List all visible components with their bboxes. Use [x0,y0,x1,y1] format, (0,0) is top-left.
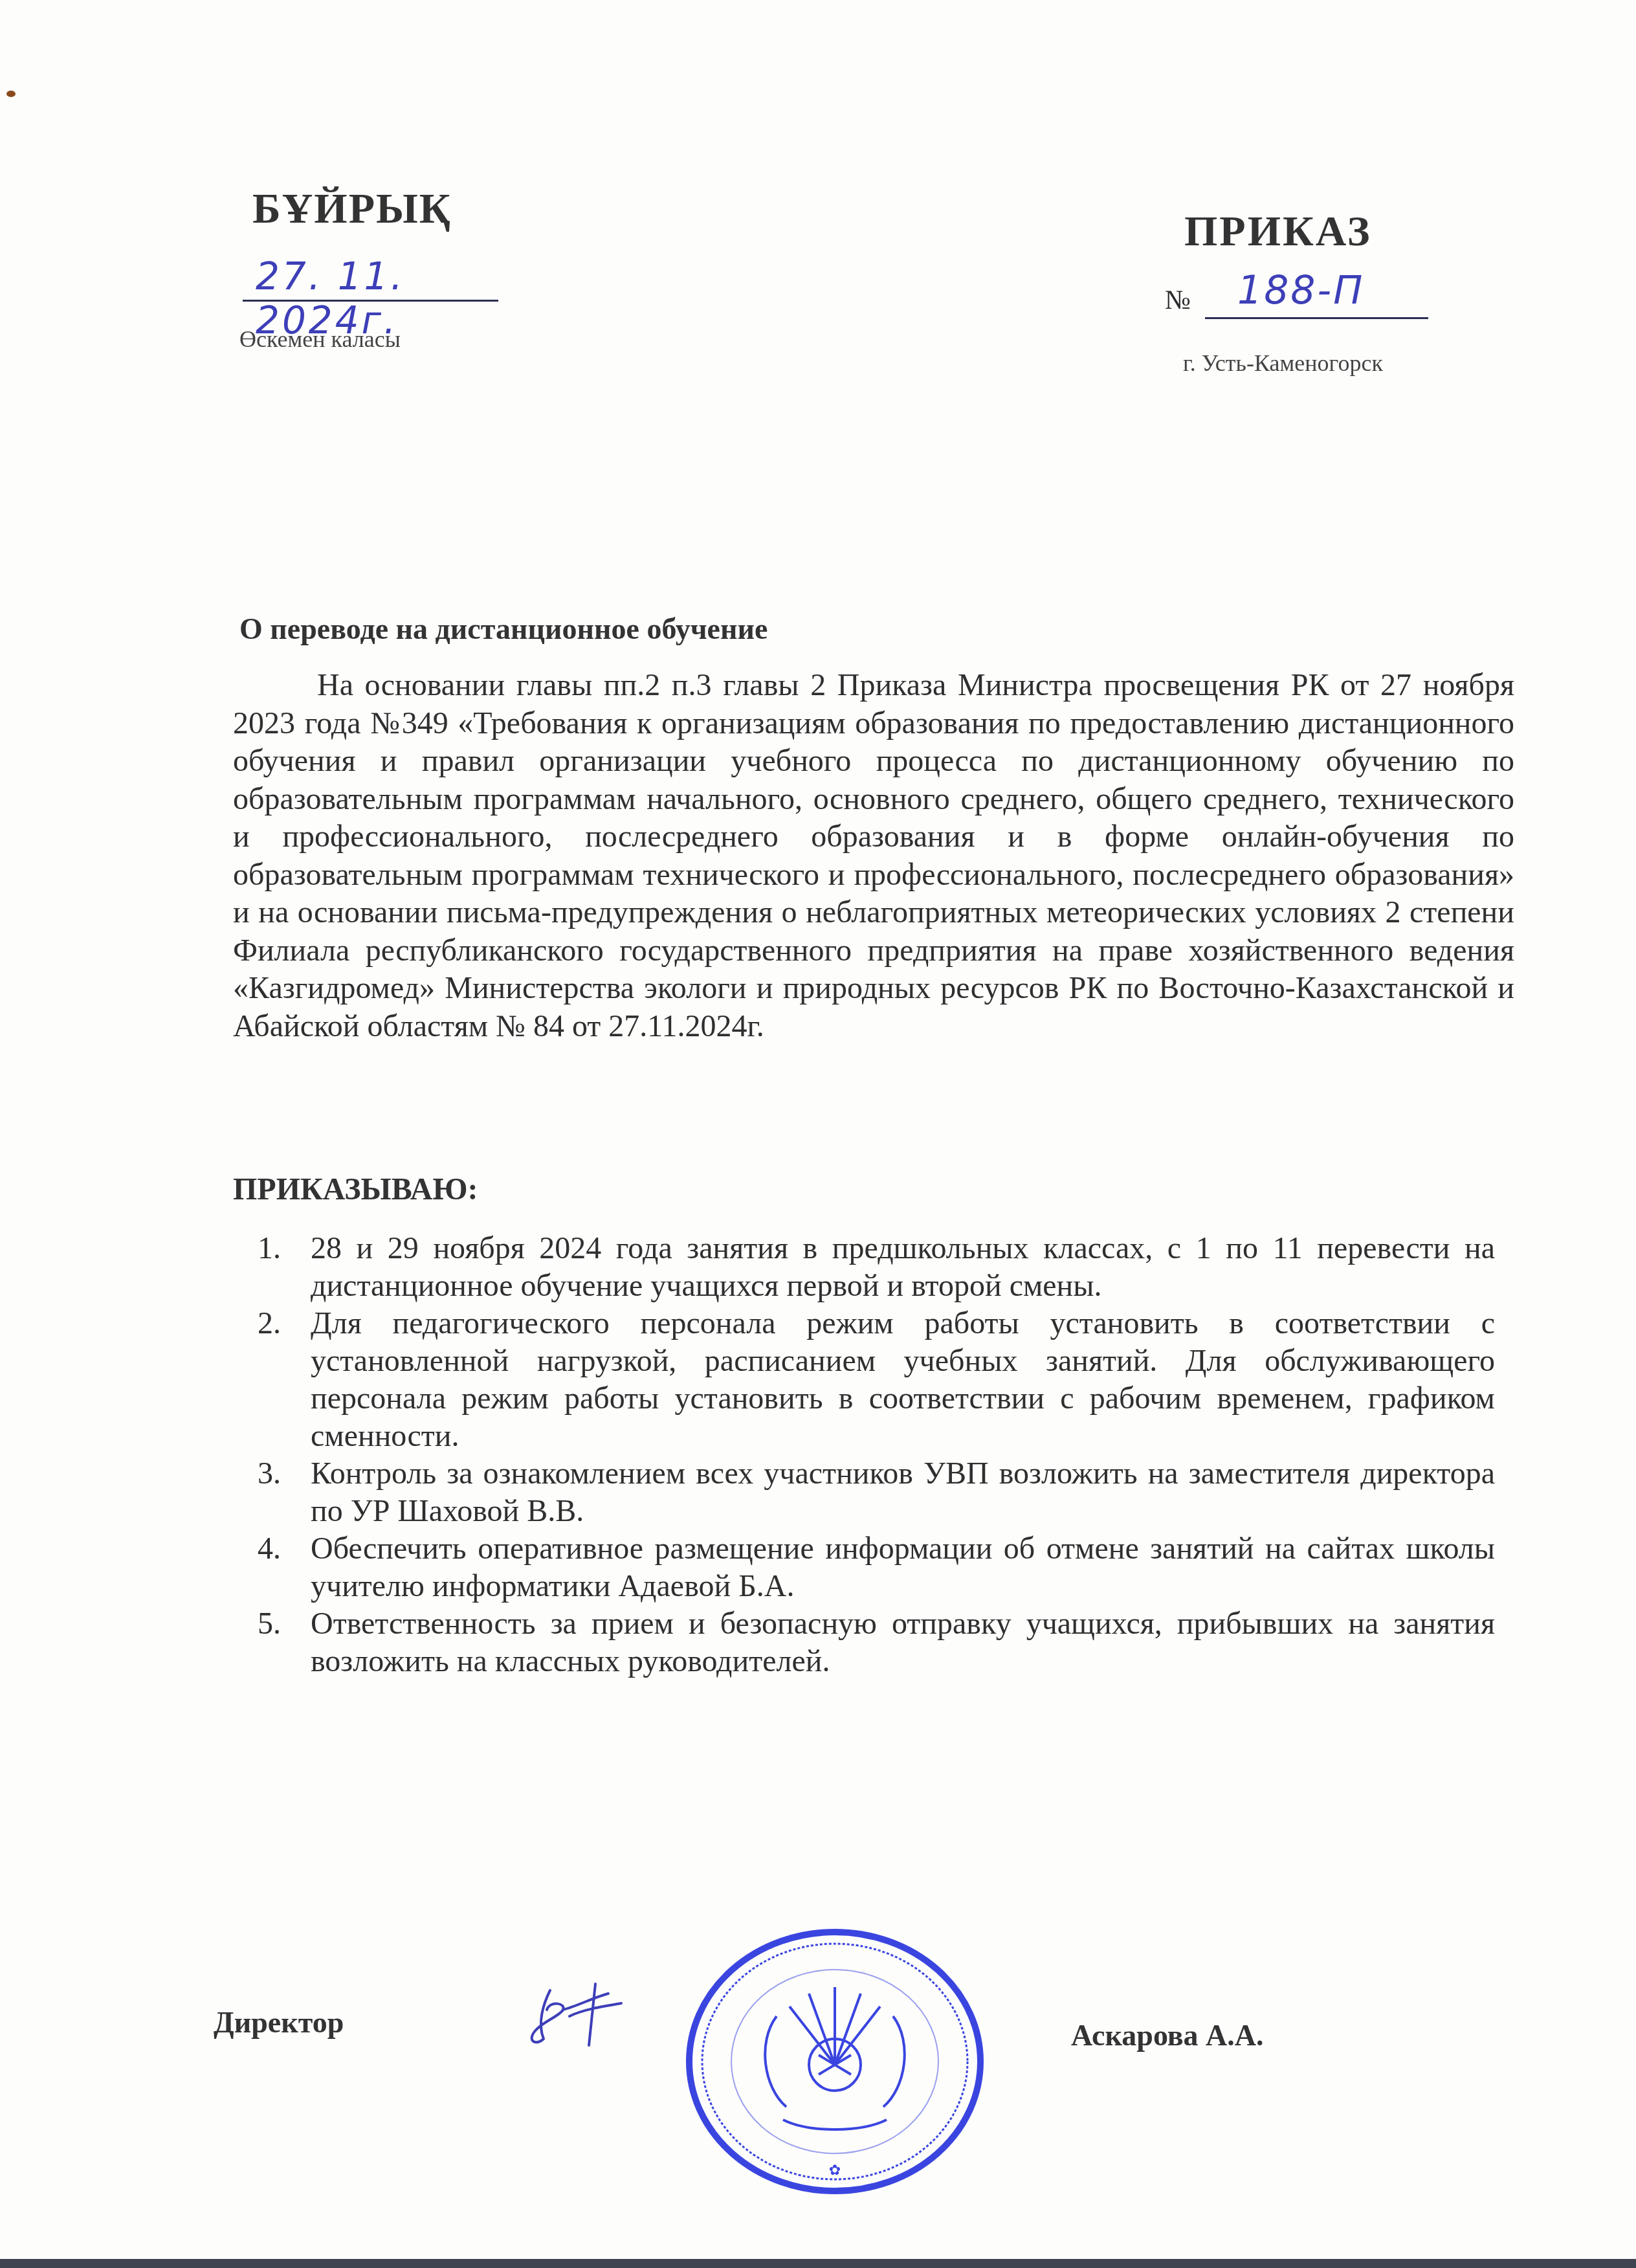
order-item: 1.28 и 29 ноября 2024 года занятия в пре… [246,1230,1495,1305]
signer-name: Аскарова А.А. [1071,2018,1264,2052]
preamble: На основании главы пп.2 п.3 главы 2 Прик… [233,667,1514,1045]
number-label: № [1165,285,1191,316]
number-field: 188-П [1205,272,1428,319]
order-label: ПРИКАЗЫВАЮ: [233,1172,478,1207]
preamble-text: На основании главы пп.2 п.3 главы 2 Прик… [233,667,1514,1045]
item-number: 3. [258,1455,281,1493]
svg-text:✿: ✿ [829,2162,841,2179]
item-number: 1. [258,1230,281,1267]
order-item: 3.Контроль за ознакомлением всех участни… [246,1455,1495,1530]
signer-title: Директор [214,2005,344,2040]
item-number: 4. [258,1530,281,1568]
date-field: 27. 11. 2024г. [243,256,498,302]
item-text: Контроль за ознакомлением всех участнико… [311,1456,1495,1528]
handwritten-number: 188-П [1237,268,1364,313]
item-text: 28 и 29 ноября 2024 года занятия в предш… [311,1231,1495,1303]
order-items: 1.28 и 29 ноября 2024 года занятия в пре… [246,1230,1495,1680]
paper-speck [6,91,16,97]
item-number: 2. [258,1305,281,1342]
official-stamp-icon: ✿ [680,1926,990,2197]
order-item: 5.Ответственность за прием и безопасную … [246,1605,1495,1680]
item-text: Ответственность за прием и безопасную от… [311,1606,1495,1678]
item-text: Обеспечить оперативное размещение информ… [311,1531,1495,1603]
city-russian: г. Усть-Каменогорск [1183,350,1383,377]
title-russian: ПРИКАЗ [1184,207,1372,256]
title-kazakh: БҰЙРЫҚ [252,184,452,234]
signature-icon [524,1977,641,2049]
item-number: 5. [258,1605,281,1643]
scan-edge [0,2259,1636,2268]
item-text: Для педагогического персонала режим рабо… [311,1306,1495,1453]
order-item: 2.Для педагогического персонала режим ра… [246,1305,1495,1455]
city-kazakh: Өскемен каласы [239,326,401,353]
order-subject: О переводе на дистанционное обучение [239,612,768,646]
order-item: 4.Обеспечить оперативное размещение инфо… [246,1530,1495,1605]
